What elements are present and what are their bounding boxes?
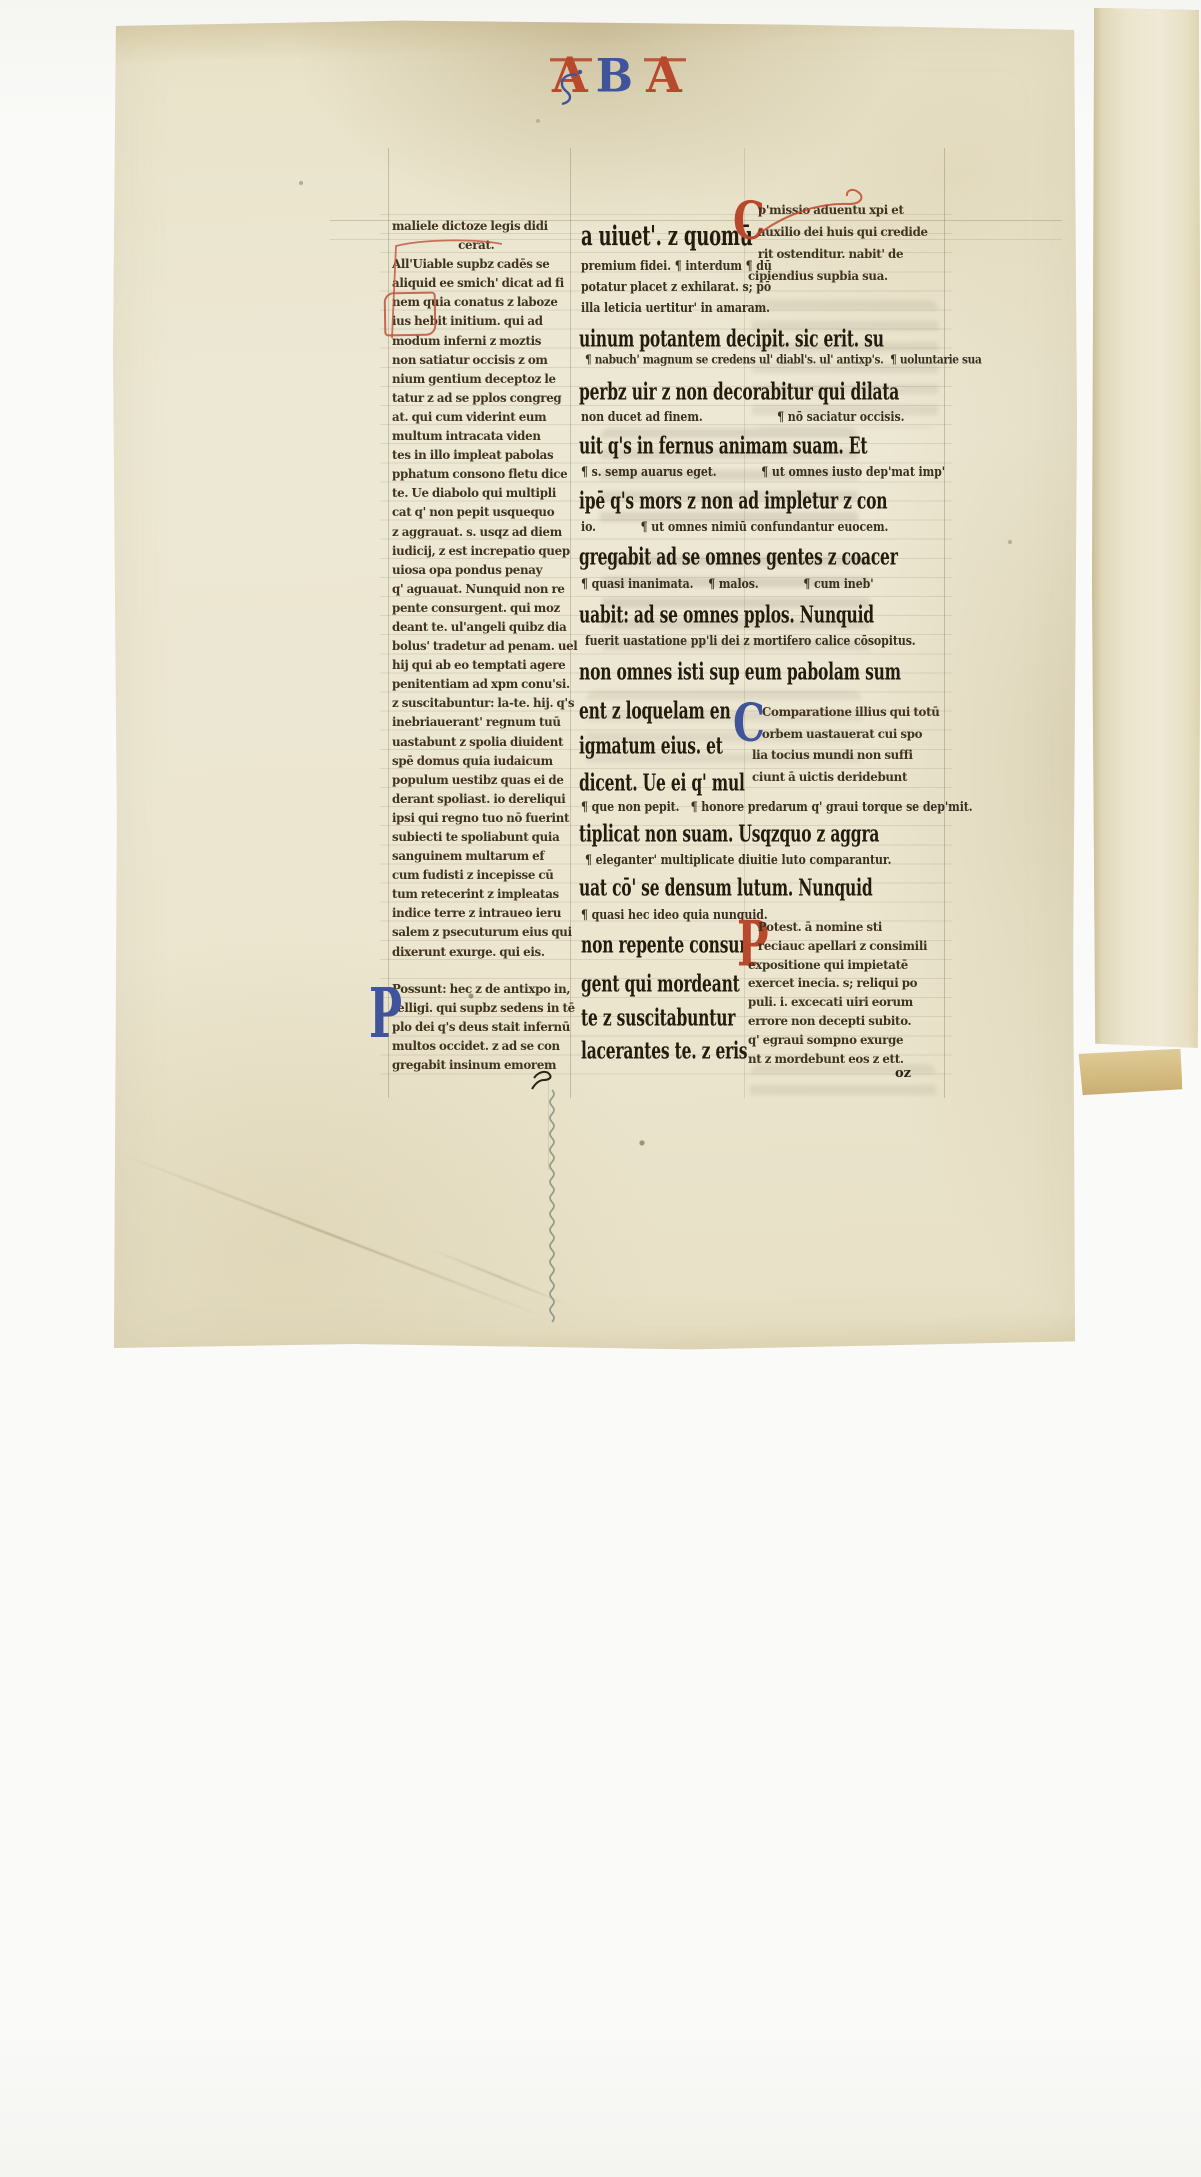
lemma-line: lacerantes te. z eris bbox=[581, 1036, 747, 1065]
rubricated-initial-frame bbox=[384, 292, 437, 337]
conjugate-leaf-stub bbox=[1092, 8, 1201, 1052]
text-line: iudicij, z est increpatio quep bbox=[392, 542, 574, 561]
text-line: Possunt: hec z de antixpo in, bbox=[392, 980, 574, 999]
lemma-line: perbz uir z non decorabitur qui dilata bbox=[579, 377, 899, 406]
lemma-line: igmatum eius. et bbox=[579, 731, 723, 760]
text-line: uiosa opa pondus penay bbox=[392, 561, 574, 580]
initial-P-blue: P bbox=[369, 981, 402, 1049]
text-line: p'missio aduentu xpi et bbox=[748, 199, 946, 221]
interlinear-gloss: premium fidei. ¶ interdum ¶ dū bbox=[581, 258, 772, 273]
text-line: cipiendius supbia sua. bbox=[748, 265, 946, 287]
text-line: telligi. qui supbz sedens in tē bbox=[392, 999, 574, 1018]
running-header-letter: A bbox=[646, 51, 682, 99]
text-line: derant spoliast. io dereliqui bbox=[392, 790, 574, 809]
text-line: reciauc apellari z consimili bbox=[748, 937, 946, 956]
text-line: Potest. ā nomine sti bbox=[748, 918, 946, 937]
running-header-letter: B bbox=[596, 54, 633, 100]
lemma-line: uinum potantem decipit. sic erit. su bbox=[579, 324, 884, 353]
interlinear-gloss: non ducet ad finem. ¶ nō saciatur occisi… bbox=[581, 409, 904, 424]
text-line: maliele dictoze legis didi bbox=[392, 217, 574, 236]
text-line: hij qui ab eo temptati agere bbox=[392, 656, 574, 675]
text-line: nt z mordebunt eos z ett. bbox=[748, 1050, 946, 1069]
text-line: nium gentium deceptoz le bbox=[392, 370, 574, 389]
text-line: spē domus quia iudaicum bbox=[392, 752, 574, 771]
text-line: aliquid ee smich' dicat ad fi bbox=[392, 274, 574, 293]
text-line: All'Uiable supbz cadēs se bbox=[392, 255, 574, 274]
text-line: z suscitabuntur: la-te. hij. q's bbox=[392, 694, 574, 713]
text-line: indice terre z intraueo ieru bbox=[392, 904, 574, 923]
lemma-line: te z suscitabuntur bbox=[581, 1003, 735, 1032]
lemma-line: gent qui mordeant bbox=[581, 969, 740, 998]
text-line: non satiatur occisis z om bbox=[392, 351, 574, 370]
interlinear-gloss: illa leticia uertitur' in amaram. bbox=[581, 300, 770, 315]
text-line: deant te. ul'angeli quibz dia bbox=[392, 618, 574, 637]
text-line: sanguinem multarum ef bbox=[392, 847, 574, 866]
interlinear-gloss: ¶ s. semp auarus eget. ¶ ut omnes iusto … bbox=[581, 464, 945, 479]
right-gloss-3: Potest. ā nomine sti reciauc apellari z … bbox=[748, 918, 946, 1068]
lemma-line: uat cō' se densum lutum. Nunquid bbox=[579, 873, 872, 902]
text-line: uastabunt z spolia diuident bbox=[392, 733, 574, 752]
text-line: pphatum consono fletu dice bbox=[392, 465, 574, 484]
text-line: auxilio dei huis qui credide bbox=[748, 221, 946, 243]
lemma-line: a uiuet'. z quomū bbox=[581, 221, 753, 253]
lemma-line: tiplicat non suam. Usqzquo z aggra bbox=[579, 819, 879, 848]
text-line: subiecti te spoliabunt quia bbox=[392, 828, 574, 847]
interlinear-gloss: io. ¶ ut omnes nimiū confundantur euocem… bbox=[581, 519, 888, 534]
text-line: multum intracata viden bbox=[392, 427, 574, 446]
running-header: A B A bbox=[552, 52, 682, 108]
binding-tab bbox=[1077, 1049, 1182, 1096]
photo-background: A B A maliele dictoze legis didi cerat.A… bbox=[0, 0, 1201, 2177]
text-line: lia tocius mundi non suffi bbox=[752, 745, 948, 767]
text-line: errore non decepti subito. bbox=[748, 1012, 946, 1031]
lemma-line: uabit: ad se omnes pplos. Nunquid bbox=[579, 600, 874, 629]
text-line: cum fudisti z incepisse cū bbox=[392, 866, 574, 885]
vertical-ruling bbox=[388, 148, 389, 1098]
lemma-line: gregabit ad se omnes gentes z coacer bbox=[579, 542, 898, 571]
lemma-line: non repente consur bbox=[581, 930, 747, 959]
text-line: ciunt ā uictis deridebunt bbox=[752, 767, 948, 789]
text-line: populum uestibz quas ei de bbox=[392, 771, 574, 790]
text-line: gregabit insinum emorem bbox=[392, 1056, 574, 1075]
interlinear-gloss: ¶ que non pepit. ¶ honore predarum q' gr… bbox=[581, 799, 973, 814]
lemma-line: dicent. Ue ei q' mul bbox=[579, 768, 745, 797]
text-line: inebriauerant' regnum tuū bbox=[392, 713, 574, 732]
text-line: pente consurgent. qui moz bbox=[392, 599, 574, 618]
text-line: multos occidet. z ad se con bbox=[392, 1037, 574, 1056]
text-line: rit ostenditur. nabit' de bbox=[748, 243, 946, 265]
right-gloss-2: Comparatione illius qui totū orbem uasta… bbox=[752, 702, 948, 788]
text-line: exercet inecia. s; reliqui po bbox=[748, 974, 946, 993]
text-line: ipsi qui regno tuo nō fuerint bbox=[392, 809, 574, 828]
text-line: tatur z ad se pplos congreg bbox=[392, 389, 574, 408]
left-gloss-paragraph-2: Possunt: hec z de antixpo in,telligi. qu… bbox=[392, 980, 574, 1075]
text-line: cerat. bbox=[392, 236, 574, 255]
text-line: expositione qui impietatē bbox=[748, 956, 946, 975]
text-line: q' egraui sompno exurge bbox=[748, 1031, 946, 1050]
text-line: penitentiam ad xpm conu'si. bbox=[392, 675, 574, 694]
specks bbox=[0, 0, 2, 2]
interlinear-gloss: potatur placet z exhilarat. s; pō bbox=[581, 279, 771, 294]
text-line: dixerunt exurge. qui eis. bbox=[392, 943, 574, 962]
interlinear-gloss: ¶ eleganter' multiplicate diuitie luto c… bbox=[585, 852, 891, 867]
text-line: Comparatione illius qui totū bbox=[752, 702, 948, 724]
lemma-line: uit q's in fernus animam suam. Et bbox=[579, 431, 867, 460]
lemma-line: non omnes isti sup eum pabolam sum bbox=[579, 657, 901, 686]
text-line: orbem uastauerat cui spo bbox=[752, 724, 948, 746]
text-line: salem z psecuturum eius qui bbox=[392, 923, 574, 942]
text-line: cat q' non pepit usquequo bbox=[392, 503, 574, 522]
catchword: oz bbox=[895, 1066, 911, 1081]
text-line: z aggrauat. s. usqz ad diem bbox=[392, 523, 574, 542]
vertical-ruling bbox=[548, 1060, 549, 1170]
running-header-letter: A bbox=[552, 51, 588, 99]
interlinear-gloss: ¶ nabuch' magnum se credens ul' diabl's.… bbox=[585, 353, 982, 367]
interlinear-gloss: ¶ quasi inanimata. ¶ malos. ¶ cum ineb' bbox=[581, 576, 873, 591]
lemma-line: ent z loquelam en bbox=[579, 696, 731, 725]
lemma-line: ipē q's mors z non ad impletur z con bbox=[579, 486, 887, 515]
text-line: puli. i. excecati uiri eorum bbox=[748, 993, 946, 1012]
text-line: q' aguauat. Nunquid non re bbox=[392, 580, 574, 599]
text-line: te. Ue diabolo qui multipli bbox=[392, 484, 574, 503]
text-line: plo dei q's deus stait infernū bbox=[392, 1018, 574, 1037]
text-line: tes in illo impleat pabolas bbox=[392, 446, 574, 465]
text-line: tum retecerint z impleatas bbox=[392, 885, 574, 904]
text-line: bolus' tradetur ad penam. uel bbox=[392, 637, 574, 656]
right-gloss-1: p'missio aduentu xpi et auxilio dei huis… bbox=[748, 199, 946, 287]
text-line: at. qui cum viderint eum bbox=[392, 408, 574, 427]
interlinear-gloss: fuerit uastatione pp'li dei z mortifero … bbox=[585, 633, 916, 648]
